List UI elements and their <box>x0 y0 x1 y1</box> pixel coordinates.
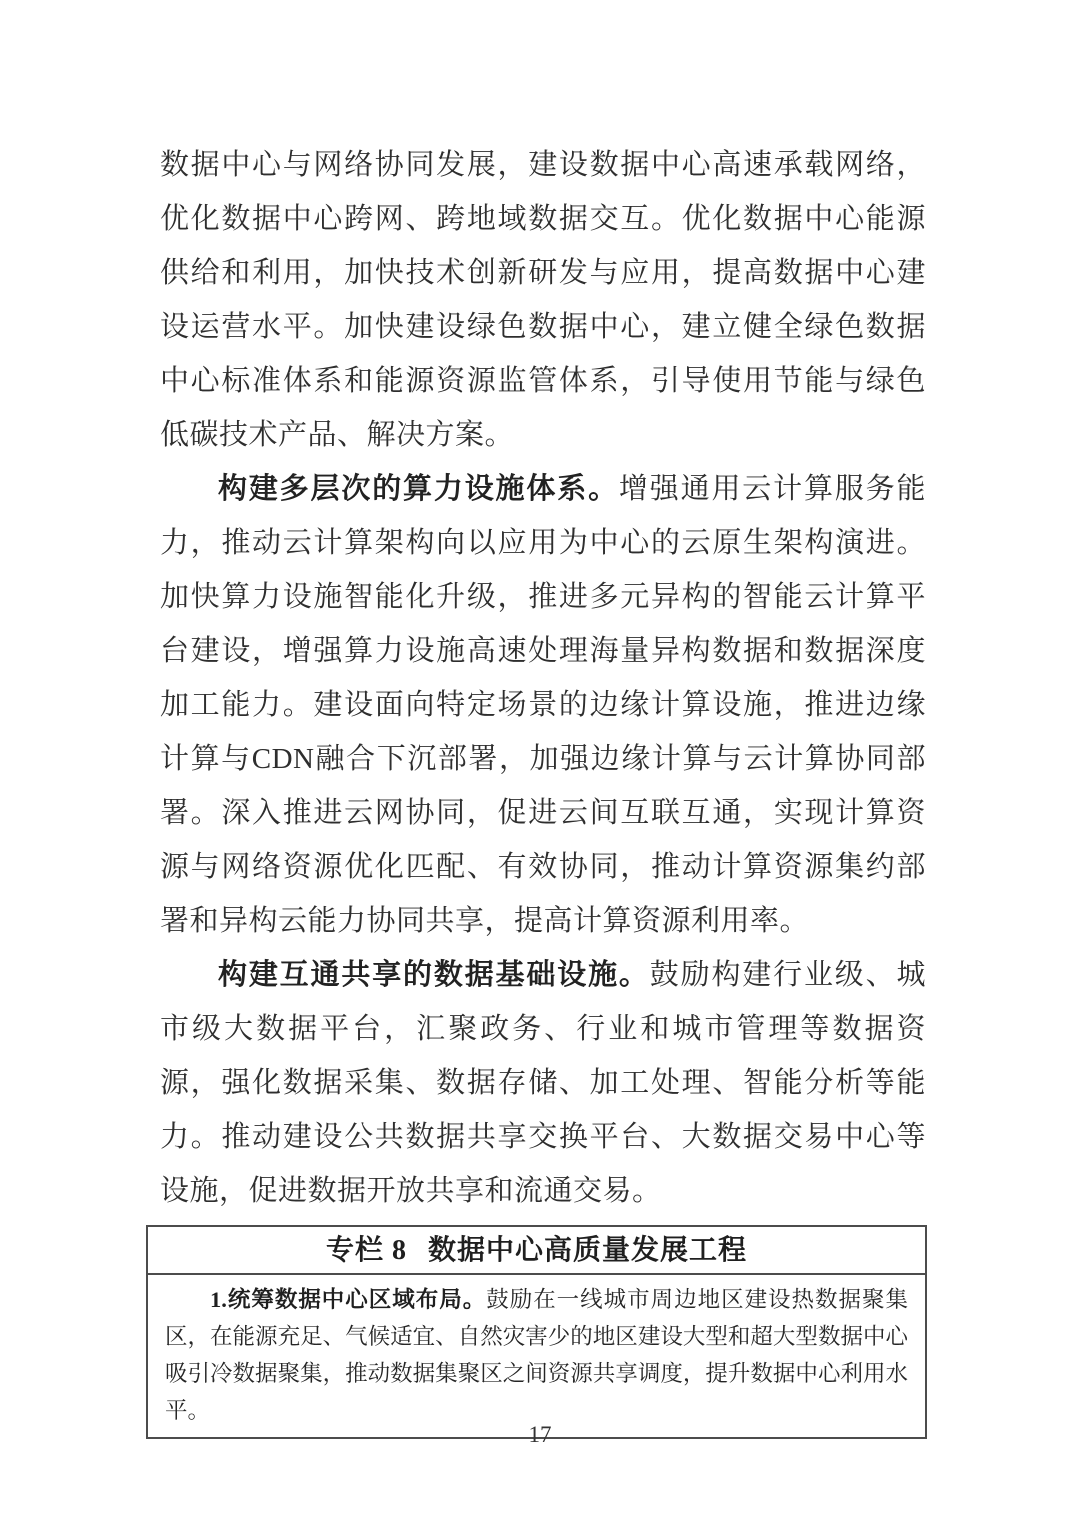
page-number: 17 <box>0 1422 1080 1448</box>
paragraph-data-infrastructure: 构建互通共享的数据基础设施。鼓励构建行业级、城市级大数据平台，汇聚政务、行业和城… <box>160 948 926 1218</box>
paragraph-lead: 构建互通共享的数据基础设施。 <box>218 959 650 991</box>
callout-box-title-text: 数据中心高质量发展工程 <box>428 1235 747 1266</box>
paragraph-text: 增强通用云计算服务能力，推动云计算架构向以应用为中心的云原生架构演进。加快算力设… <box>160 473 926 937</box>
paragraph-lead: 构建多层次的算力设施体系。 <box>218 473 619 505</box>
callout-box-label: 专栏 8 <box>326 1235 407 1266</box>
paragraph-text: 鼓励构建行业级、城市级大数据平台，汇聚政务、行业和城市管理等数据资源，强化数据采… <box>160 959 926 1207</box>
callout-box-data-center-project: 专栏 8数据中心高质量发展工程 1.统筹数据中心区域布局。鼓励在一线城市周边地区… <box>146 1225 927 1439</box>
callout-box-body: 1.统筹数据中心区域布局。鼓励在一线城市周边地区建设热数据聚集区，在能源充足、气… <box>148 1275 925 1437</box>
callout-box-title: 专栏 8数据中心高质量发展工程 <box>148 1227 925 1275</box>
page-content: 数据中心与网络协同发展，建设数据中心高速承载网络，优化数据中心跨网、跨地域数据交… <box>160 138 926 1439</box>
paragraph-computing-facilities: 构建多层次的算力设施体系。增强通用云计算服务能力，推动云计算架构向以应用为中心的… <box>160 462 926 948</box>
callout-item-lead: 1.统筹数据中心区域布局。 <box>210 1287 486 1312</box>
paragraph-network-synergy: 数据中心与网络协同发展，建设数据中心高速承载网络，优化数据中心跨网、跨地域数据交… <box>160 138 926 462</box>
document-page: 数据中心与网络协同发展，建设数据中心高速承载网络，优化数据中心跨网、跨地域数据交… <box>0 0 1080 1527</box>
paragraph-text: 数据中心与网络协同发展，建设数据中心高速承载网络，优化数据中心跨网、跨地域数据交… <box>160 149 926 451</box>
